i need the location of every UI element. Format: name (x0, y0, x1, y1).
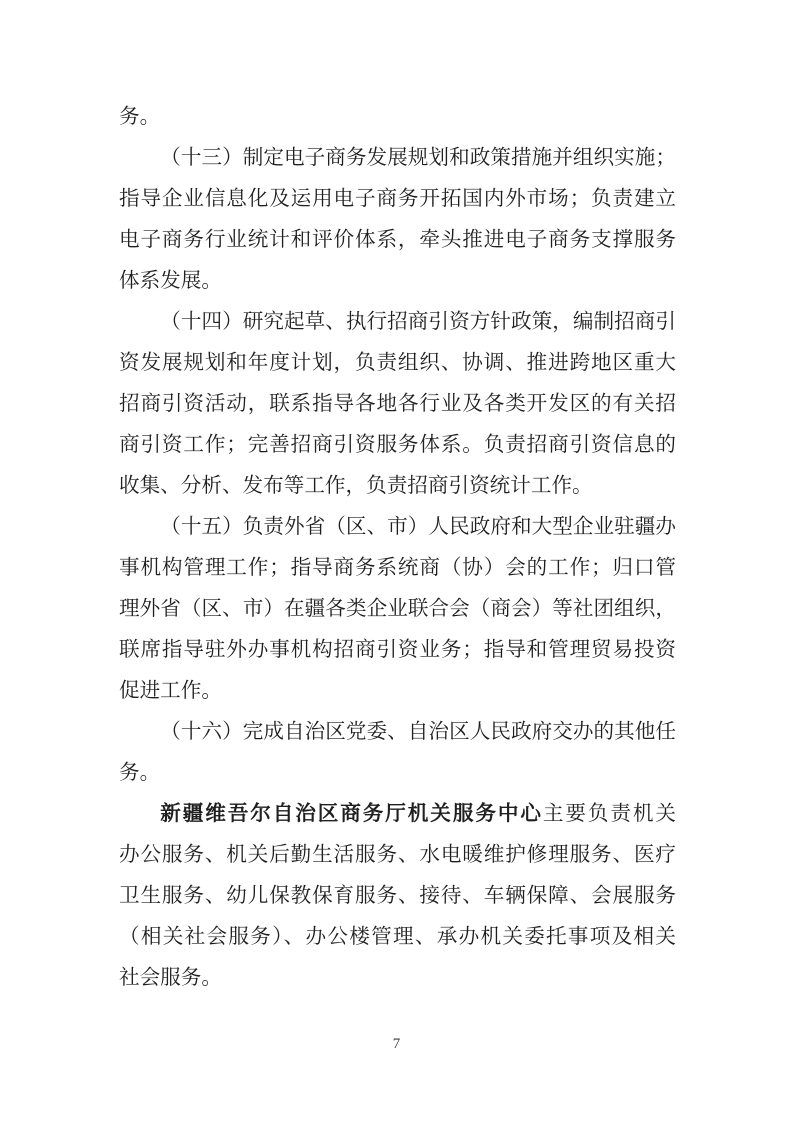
text-line: 理外省（区、市）在疆各类企业联合会（商会）等社团组织， (119, 589, 676, 630)
page-number: 7 (0, 1034, 793, 1054)
text-line: 招商引资活动，联系指导各地各行业及各类开发区的有关招 (119, 384, 676, 425)
text-line: 资发展规划和年度计划，负责组织、协调、推进跨地区重大 (119, 343, 676, 384)
text-line: 电子商务行业统计和评价体系，牵头推进电子商务支撑服务 (119, 220, 676, 261)
text-line: 指导企业信息化及运用电子商务开拓国内外市场；负责建立 (119, 179, 676, 220)
text-line: 办公服务、机关后勤生活服务、水电暖维护修理服务、医疗 (119, 835, 676, 876)
text-line: （相关社会服务）、办公楼管理、承办机关委托事项及相关 (119, 917, 676, 958)
text-line: （十三）制定电子商务发展规划和政策措施并组织实施； (119, 138, 676, 179)
text-line-heading: 新疆维吾尔自治区商务厅机关服务中心主要负责机关 (119, 794, 676, 835)
text-line: 卫生服务、幼儿保教保育服务、接待、车辆保障、会展服务 (119, 876, 676, 917)
document-page: 务。（十三）制定电子商务发展规划和政策措施并组织实施；指导企业信息化及运用电子商… (0, 0, 793, 1122)
text-line: 社会服务。 (119, 958, 676, 999)
text-line: 事机构管理工作；指导商务系统商（协）会的工作；归口管 (119, 548, 676, 589)
text-line: 收集、分析、发布等工作，负责招商引资统计工作。 (119, 466, 676, 507)
text-line: （十五）负责外省（区、市）人民政府和大型企业驻疆办 (119, 507, 676, 548)
text-line: 务。 (119, 753, 676, 794)
text-line: 商引资工作；完善招商引资服务体系。负责招商引资信息的 (119, 425, 676, 466)
text-line: 体系发展。 (119, 261, 676, 302)
bold-heading: 新疆维吾尔自治区商务厅机关服务中心 (160, 803, 543, 825)
text-line: 务。 (119, 97, 676, 138)
text-line: 联席指导驻外办事机构招商引资业务；指导和管理贸易投资 (119, 630, 676, 671)
text-line: （十六）完成自治区党委、自治区人民政府交办的其他任 (119, 712, 676, 753)
text-line: 促进工作。 (119, 671, 676, 712)
text-line: （十四）研究起草、执行招商引资方针政策，编制招商引 (119, 302, 676, 343)
document-body: 务。（十三）制定电子商务发展规划和政策措施并组织实施；指导企业信息化及运用电子商… (119, 97, 676, 999)
